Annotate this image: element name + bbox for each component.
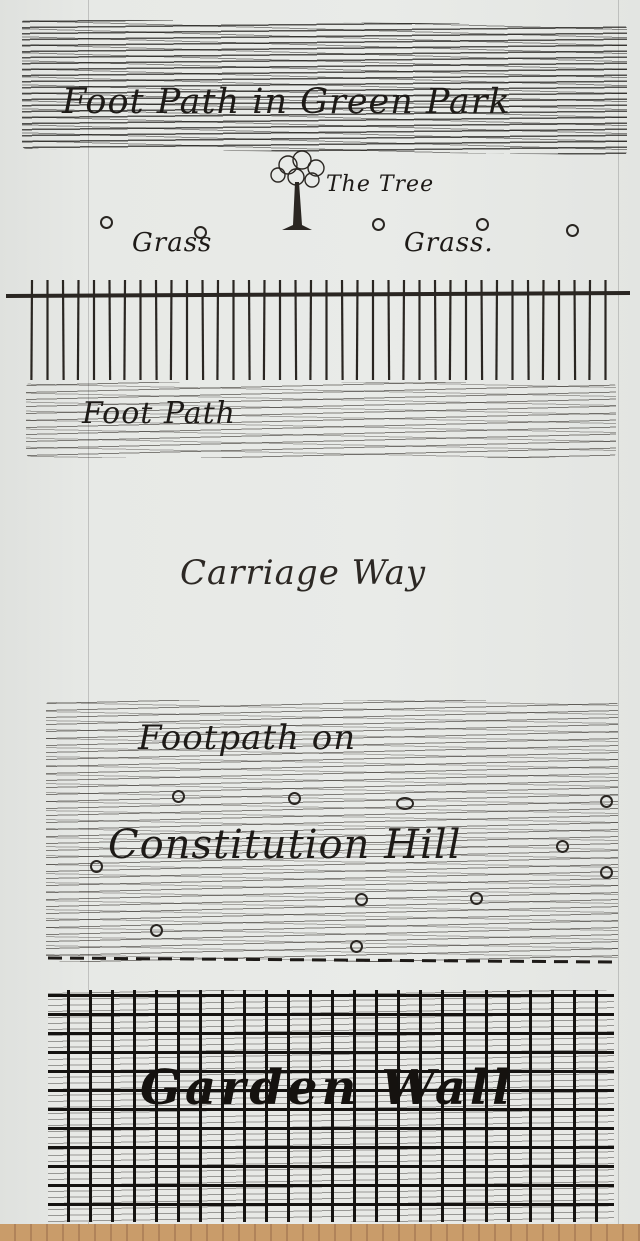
- path-stone-icon: [556, 840, 569, 853]
- path-stone-icon: [470, 892, 483, 905]
- path-stone-icon: [600, 795, 613, 808]
- constitution-hill-line2-label: Constitution Hill: [108, 822, 461, 868]
- path-stone-icon: [90, 860, 103, 873]
- table-edge: [0, 1224, 640, 1241]
- path-stone-icon: [396, 797, 414, 810]
- path-stone-icon: [150, 924, 163, 937]
- path-stone-icon: [600, 866, 613, 879]
- path-stone-icon: [355, 893, 368, 906]
- garden-wall-label: Garden Wall: [140, 1060, 514, 1116]
- path-stone-icon: [288, 792, 301, 805]
- path-stone-icon: [350, 940, 363, 953]
- path-stone-icon: [172, 790, 185, 803]
- constitution-hill-line1-label: Footpath on: [138, 718, 356, 758]
